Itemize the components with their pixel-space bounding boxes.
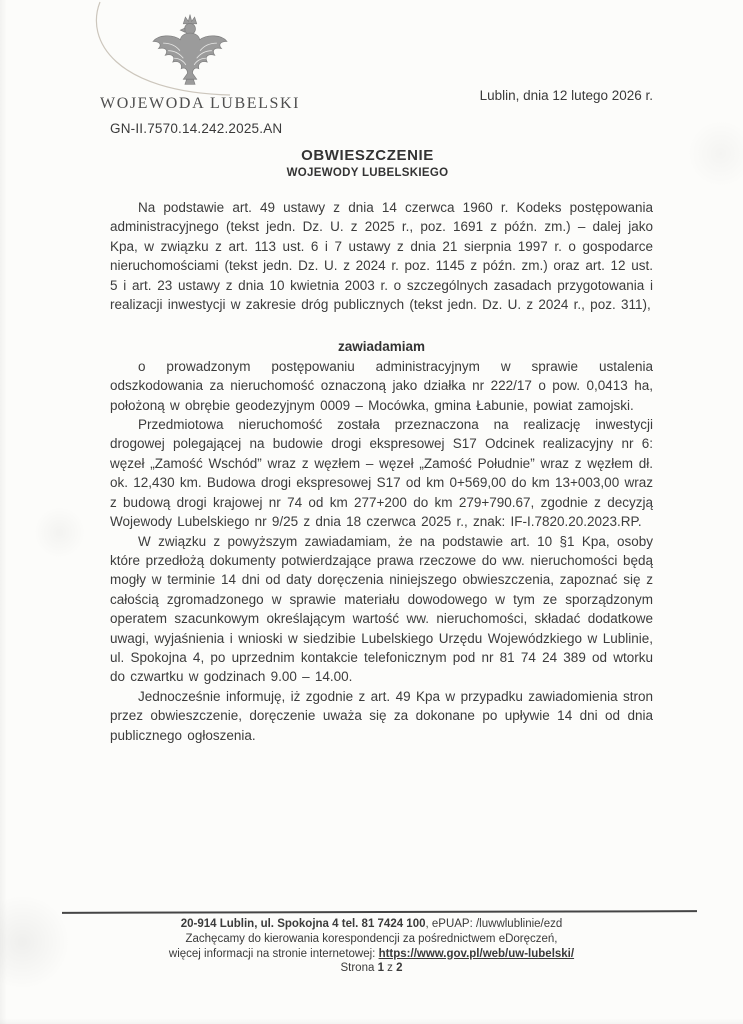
footer-website-label: więcej informacji na stronie internetowe… — [169, 948, 379, 960]
page-number-label: Strona — [340, 962, 377, 974]
document-title: OBWIESZCZENIE — [0, 147, 735, 164]
delivery-paragraph: Jednocześnie informuję, iż zgodnie z art… — [110, 687, 653, 745]
footer-website-line: więcej informacji na stronie internetowe… — [40, 947, 703, 962]
notification-heading: zawiadamiam — [110, 337, 653, 356]
document-subtitle: WOJEWODY LUBELSKIEGO — [0, 167, 735, 179]
reference-number: GN-II.7570.14.242.2025.AN — [110, 121, 282, 136]
scanned-document-page: WOJEWODA LUBELSKI Lublin, dnia 12 lutego… — [0, 0, 743, 1024]
footer-epuap: , ePUAP: /luwwlublinie/ezd — [426, 918, 563, 930]
legal-basis-paragraph: Na podstawie art. 49 ustawy z dnia 14 cz… — [110, 198, 653, 314]
rights-paragraph: W związku z powyższym zawiadamiam, że na… — [110, 532, 653, 687]
footer: 20-914 Lublin, ul. Spokojna 4 tel. 81 74… — [40, 917, 703, 976]
page-number-separator: z — [384, 962, 396, 974]
footer-address-line: 20-914 Lublin, ul. Spokojna 4 tel. 81 74… — [40, 917, 703, 932]
page-number-total: 2 — [396, 962, 402, 974]
document-body: Na podstawie art. 49 ustawy z dnia 14 cz… — [110, 198, 653, 745]
issuer-name: WOJEWODA LUBELSKI — [100, 95, 280, 113]
place-and-date: Lublin, dnia 12 lutego 2026 r. — [480, 88, 653, 103]
page-number-line: Strona 1 z 2 — [40, 961, 703, 976]
polish-eagle-icon — [148, 10, 232, 88]
footer-website-url: https://www.gov.pl/web/uw-lubelski/ — [379, 948, 575, 960]
letterhead: WOJEWODA LUBELSKI — [100, 10, 280, 113]
footer-divider — [62, 910, 697, 914]
document-title-block: OBWIESZCZENIE WOJEWODY LUBELSKIEGO — [0, 147, 735, 179]
investment-paragraph: Przedmiotowa nieruchomość została przezn… — [110, 415, 653, 531]
subject-paragraph: o prowadzonym postępowaniu administracyj… — [110, 357, 653, 415]
footer-edelivery-line: Zachęcamy do kierowania korespondencji z… — [40, 932, 703, 947]
footer-address: 20-914 Lublin, ul. Spokojna 4 tel. 81 74… — [181, 918, 426, 930]
